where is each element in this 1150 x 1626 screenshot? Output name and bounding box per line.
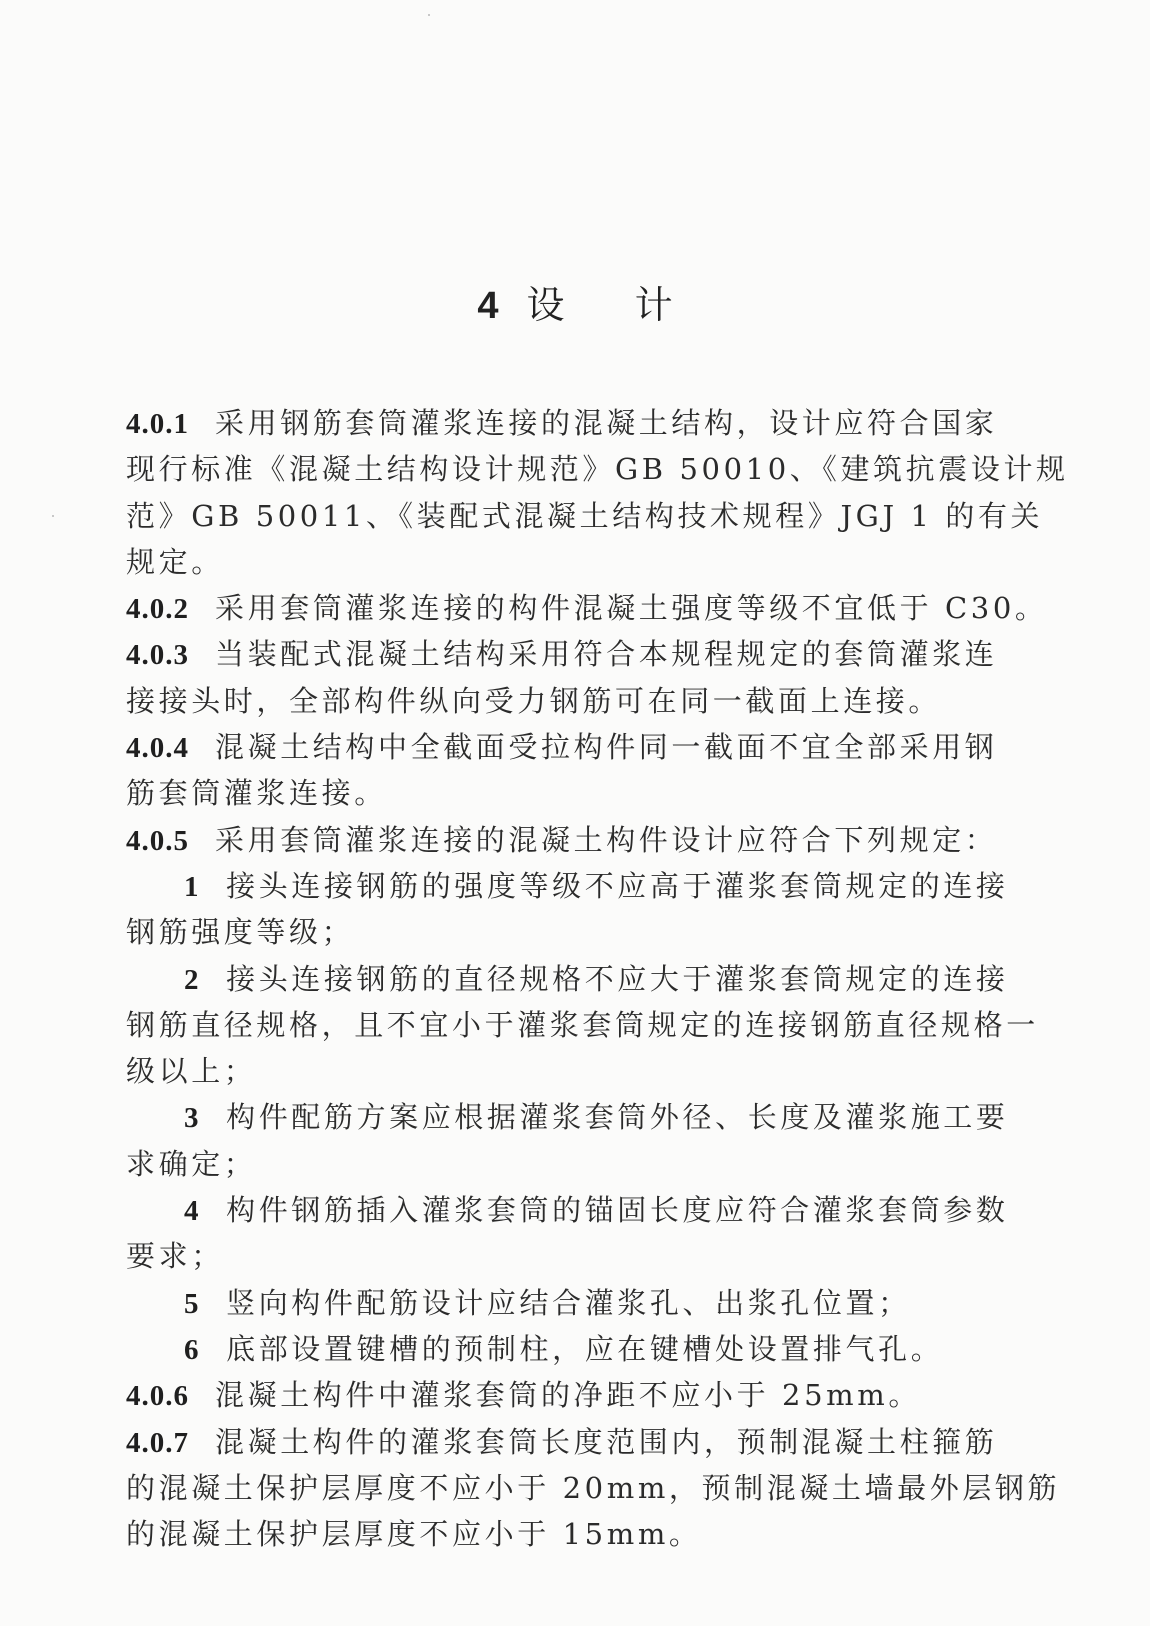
- clause-4-0-7-line-2: 的混凝土保护层厚度不应小于 20mm，预制混凝土墙最外层钢筋: [126, 1465, 1001, 1511]
- clause-4-0-2-line-1: 4.0.2采用套筒灌浆连接的构件混凝土强度等级不宜低于 C30。: [126, 585, 1001, 631]
- item-2-line-3: 级以上；: [126, 1048, 1001, 1094]
- item-2-line-1: 2接头连接钢筋的直径规格不应大于灌浆套筒规定的连接: [126, 956, 1001, 1002]
- item-5-line-1: 5竖向构件配筋设计应结合灌浆孔、出浆孔位置；: [126, 1280, 1001, 1326]
- clause-text: 混凝土构件中灌浆套筒的净距不应小于 25mm。: [215, 1378, 921, 1412]
- clause-number: 4.0.5: [126, 825, 189, 857]
- item-number: 4: [184, 1195, 202, 1227]
- clause-text: 采用套筒灌浆连接的混凝土构件设计应符合下列规定：: [215, 823, 997, 857]
- clause-text: 当装配式混凝土结构采用符合本规程规定的套筒灌浆连: [215, 637, 997, 671]
- item-text: 接头连接钢筋的强度等级不应高于灌浆套筒规定的连接: [226, 869, 1008, 903]
- item-1-line-1: 1接头连接钢筋的强度等级不应高于灌浆套筒规定的连接: [126, 863, 1001, 909]
- clause-4-0-5-line-1: 4.0.5采用套筒灌浆连接的混凝土构件设计应符合下列规定：: [126, 817, 1001, 863]
- item-number: 2: [184, 964, 202, 996]
- chapter-number: 4: [477, 285, 498, 327]
- clause-4-0-1-line-3: 范》GB 50011、《装配式混凝土结构技术规程》JGJ 1 的有关: [126, 493, 1001, 539]
- clause-text: 采用钢筋套筒灌浆连接的混凝土结构，设计应符合国家: [215, 406, 997, 440]
- clause-4-0-7-line-1: 4.0.7混凝土构件的灌浆套筒长度范围内，预制混凝土柱箍筋: [126, 1419, 1001, 1465]
- chapter-title-char-2: 计: [635, 283, 673, 327]
- item-3-line-2: 求确定；: [126, 1141, 1001, 1187]
- item-3-line-1: 3构件配筋方案应根据灌浆套筒外径、长度及灌浆施工要: [126, 1094, 1001, 1140]
- item-text: 构件配筋方案应根据灌浆套筒外径、长度及灌浆施工要: [226, 1100, 1008, 1134]
- clause-number: 4.0.7: [126, 1427, 189, 1459]
- clause-4-0-1-line-1: 4.0.1采用钢筋套筒灌浆连接的混凝土结构，设计应符合国家: [126, 400, 1001, 446]
- clause-text: 采用套筒灌浆连接的构件混凝土强度等级不宜低于 C30。: [215, 591, 1048, 625]
- scan-speck: [428, 14, 430, 16]
- item-2-line-2: 钢筋直径规格，且不宜小于灌浆套筒规定的连接钢筋直径规格一: [126, 1002, 1001, 1048]
- item-text: 接头连接钢筋的直径规格不应大于灌浆套筒规定的连接: [226, 962, 1008, 996]
- item-text: 竖向构件配筋设计应结合灌浆孔、出浆孔位置；: [226, 1286, 911, 1320]
- scan-speck: [52, 515, 54, 517]
- item-6-line-1: 6底部设置键槽的预制柱，应在键槽处设置排气孔。: [126, 1326, 1001, 1372]
- clause-4-0-1-line-2: 现行标准《混凝土结构设计规范》GB 50010、《建筑抗震设计规: [126, 446, 1001, 492]
- clause-4-0-4-line-2: 筋套筒灌浆连接。: [126, 770, 1001, 816]
- item-4-line-1: 4构件钢筋插入灌浆套筒的锚固长度应符合灌浆套筒参数: [126, 1187, 1001, 1233]
- clause-4-0-1-line-4: 规定。: [126, 539, 1001, 585]
- clause-4-0-7-line-3: 的混凝土保护层厚度不应小于 15mm。: [126, 1511, 1001, 1557]
- item-number: 5: [184, 1288, 202, 1320]
- item-text: 底部设置键槽的预制柱，应在键槽处设置排气孔。: [226, 1332, 943, 1366]
- clause-number: 4.0.1: [126, 408, 189, 440]
- clause-number: 4.0.2: [126, 593, 189, 625]
- clause-4-0-3-line-1: 4.0.3当装配式混凝土结构采用符合本规程规定的套筒灌浆连: [126, 631, 1001, 677]
- clause-number: 4.0.4: [126, 732, 189, 764]
- clause-4-0-6-line-1: 4.0.6混凝土构件中灌浆套筒的净距不应小于 25mm。: [126, 1372, 1001, 1418]
- document-page: 4设计 4.0.1采用钢筋套筒灌浆连接的混凝土结构，设计应符合国家 现行标准《混…: [0, 0, 1150, 1626]
- clause-text: 混凝土结构中全截面受拉构件同一截面不宜全部采用钢: [215, 730, 997, 764]
- item-4-line-2: 要求；: [126, 1233, 1001, 1279]
- item-number: 1: [184, 871, 202, 903]
- clause-number: 4.0.6: [126, 1380, 189, 1412]
- item-number: 3: [184, 1102, 202, 1134]
- chapter-body: 4.0.1采用钢筋套筒灌浆连接的混凝土结构，设计应符合国家 现行标准《混凝土结构…: [126, 400, 1001, 1557]
- chapter-title-char-1: 设: [527, 283, 565, 327]
- chapter-title: 4设计: [0, 280, 1150, 331]
- item-text: 构件钢筋插入灌浆套筒的锚固长度应符合灌浆套筒参数: [226, 1193, 1008, 1227]
- clause-text: 混凝土构件的灌浆套筒长度范围内，预制混凝土柱箍筋: [215, 1425, 997, 1459]
- clause-4-0-3-line-2: 接接头时，全部构件纵向受力钢筋可在同一截面上连接。: [126, 678, 1001, 724]
- clause-4-0-4-line-1: 4.0.4混凝土结构中全截面受拉构件同一截面不宜全部采用钢: [126, 724, 1001, 770]
- clause-number: 4.0.3: [126, 639, 189, 671]
- item-1-line-2: 钢筋强度等级；: [126, 909, 1001, 955]
- item-number: 6: [184, 1334, 202, 1366]
